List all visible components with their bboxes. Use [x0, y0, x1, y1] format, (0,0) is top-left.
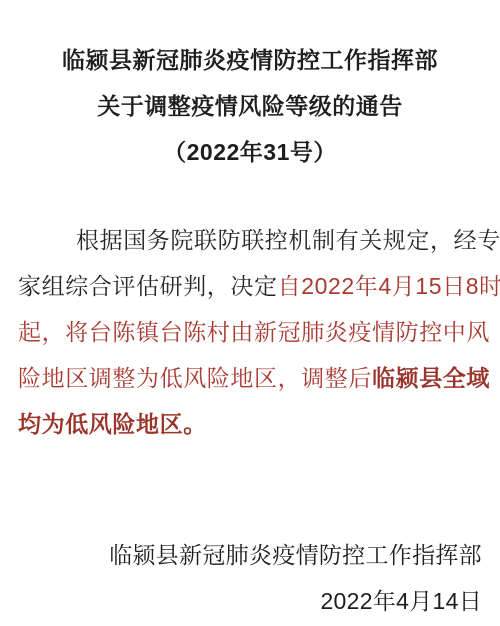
notice-signature: 临颍县新冠肺炎疫情防控工作指挥部 — [0, 532, 482, 578]
notice-title-line-2: 关于调整疫情风险等级的通告 — [0, 83, 500, 129]
body-text-effective-date: 自2022年4月15日8时 — [278, 273, 500, 299]
body-line-1: 根据国务院联防联控机制有关规定，经专 — [18, 217, 482, 263]
body-line-4: 险地区调整为低风险地区，调整后临颍县全域 — [18, 355, 482, 401]
body-text-county-emphasis: 临颍县全域 — [372, 365, 490, 391]
notice-date: 2022年4月14日 — [0, 578, 482, 624]
notice-title: 临颍县新冠肺炎疫情防控工作指挥部 关于调整疫情风险等级的通告 （2022年31号… — [0, 37, 500, 175]
body-line-3: 起，将台陈镇台陈村由新冠肺炎疫情防控中风 — [18, 309, 482, 355]
body-text-risk-change: 险地区调整为低风险地区，调整后 — [18, 365, 372, 391]
body-text-assessment: 家组综合评估研判，决定 — [18, 273, 278, 299]
body-line-2: 家组综合评估研判，决定自2022年4月15日8时 — [18, 263, 482, 309]
body-line-5: 均为低风险地区。 — [18, 401, 482, 447]
notice-body: 根据国务院联防联控机制有关规定，经专 家组综合评估研判，决定自2022年4月15… — [0, 217, 500, 447]
notice-title-line-1: 临颍县新冠肺炎疫情防控工作指挥部 — [0, 37, 500, 83]
body-text-regulation: 根据国务院联防联控机制有关规定，经专 — [76, 227, 500, 253]
notice-issue-number: （2022年31号） — [0, 129, 500, 175]
body-text-low-risk-emphasis: 均为低风险地区。 — [18, 411, 207, 437]
notice-footer: 临颍县新冠肺炎疫情防控工作指挥部 2022年4月14日 — [0, 532, 500, 624]
notice-document: 临颍县新冠肺炎疫情防控工作指挥部 关于调整疫情风险等级的通告 （2022年31号… — [0, 0, 500, 626]
body-text-village-adjustment: 起，将台陈镇台陈村由新冠肺炎疫情防控中风 — [18, 319, 490, 345]
